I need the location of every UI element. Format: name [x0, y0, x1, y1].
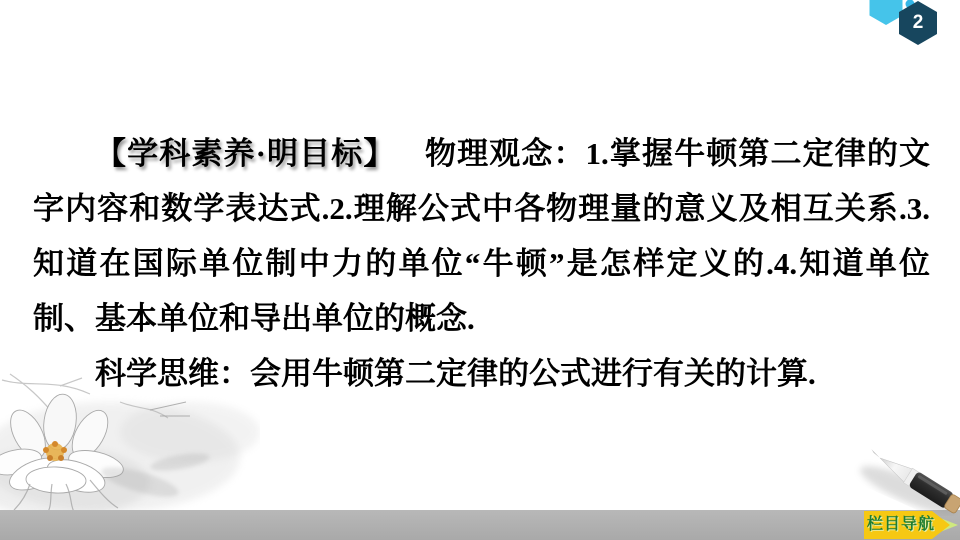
objectives-text: 【学科素养·明目标】物理观念：1.掌握牛顿第二定律的文字内容和数学表达式.2.理… [33, 126, 930, 401]
slide-background: 2 【学科素养·明目标】物理观念：1.掌握牛顿第二定律的文字内容和数学表达式.2… [0, 0, 960, 540]
light-hexagon-icon [870, 0, 903, 25]
footer-bar [0, 510, 960, 540]
page-number-badge: 2 [858, 0, 954, 52]
lotus-ink-painting-icon [0, 372, 260, 512]
page-number: 2 [902, 10, 934, 36]
nav-button-label: 栏目导航 [864, 511, 938, 539]
nav-button[interactable]: 栏目导航 [864, 511, 958, 539]
ink-brush-icon [828, 438, 960, 516]
paragraph-physics-concept: 【学科素养·明目标】物理观念：1.掌握牛顿第二定律的文字内容和数学表达式.2.理… [33, 126, 930, 346]
objectives-title: 【学科素养·明目标】 [95, 136, 396, 171]
